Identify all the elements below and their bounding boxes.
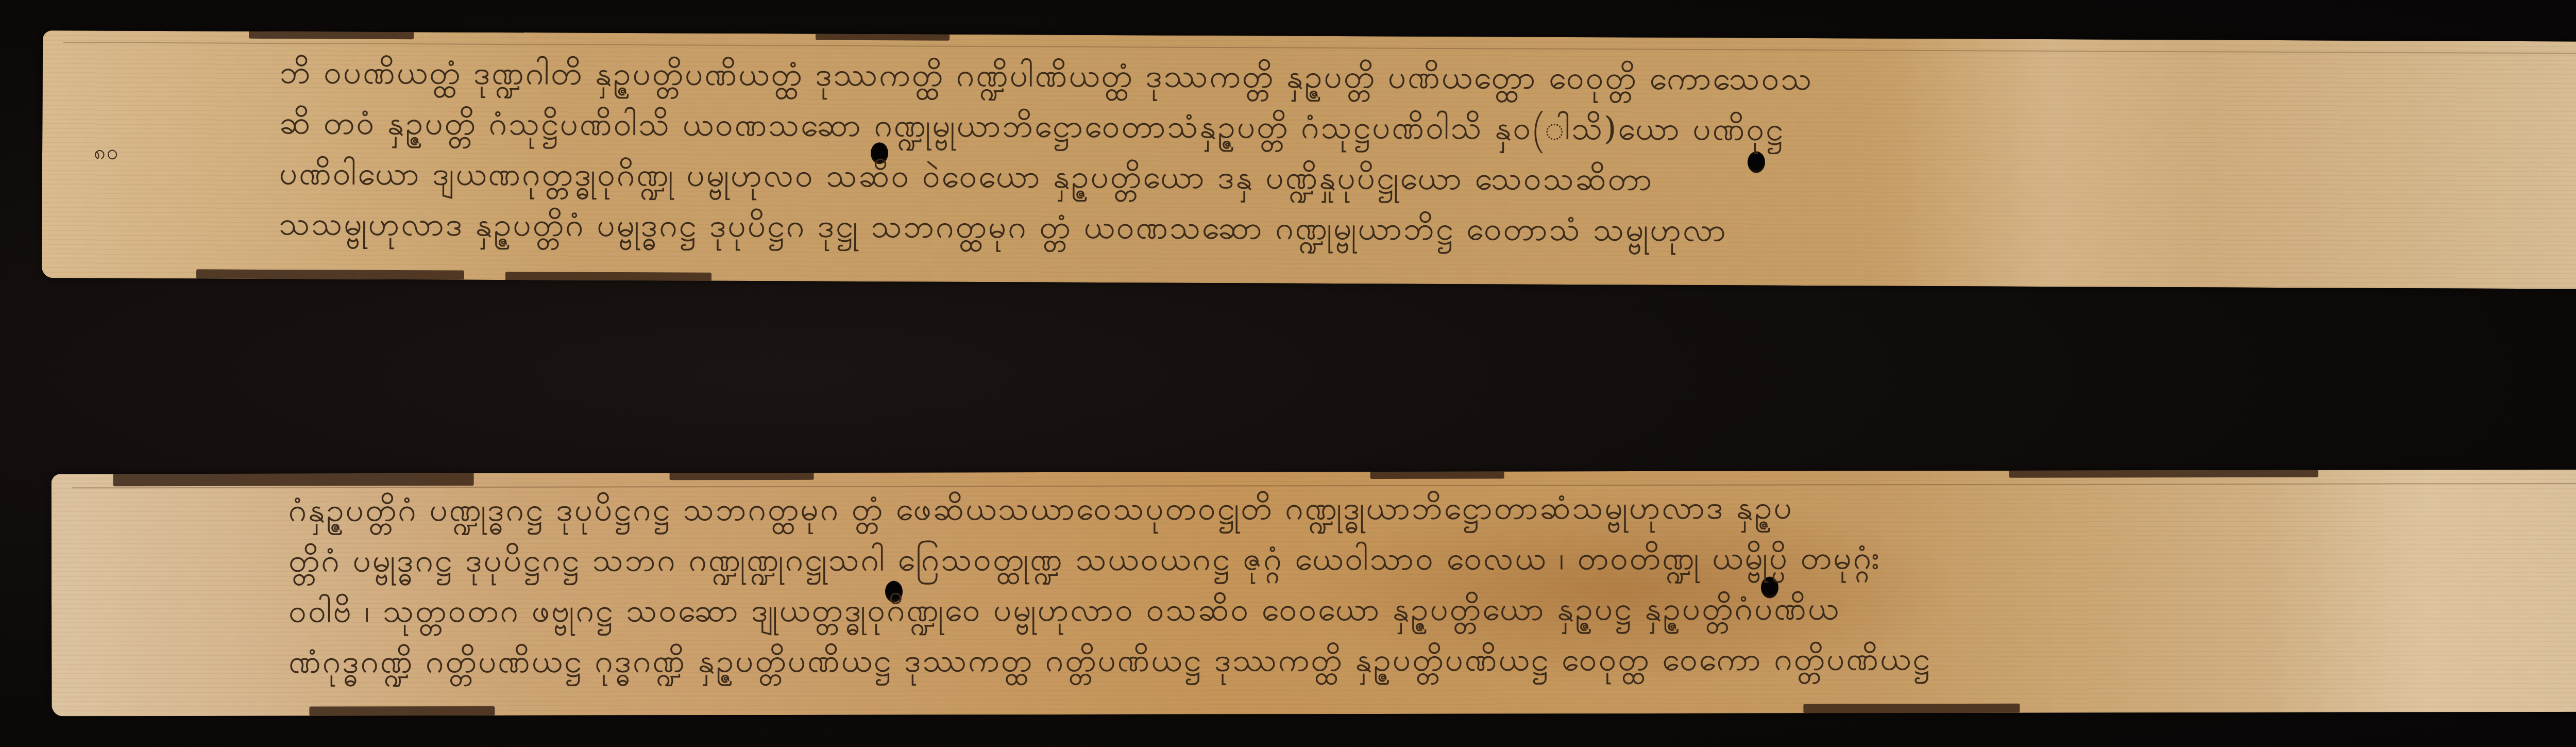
edge-damage xyxy=(505,272,711,282)
text-line: ဏံဂုဒ္ဓဂဏ္ဍိ ဂတ္တိပဏိယဋ္ဌ ဂုဒ္ဓဂဏ္ဍိ နှဉ… xyxy=(289,633,2555,687)
text-line: သသမ္ဗုဟုလာဒ နှဉ္ဇပတ္တိဂံ ပမ္ဗုဒ္ဓဂဋ္ဌ ဒု… xyxy=(279,198,2535,259)
text-line: တ္တိဂံ ပမ္ဗုဒ္ဓဂဋ္ဌ ဒုပုပိဋ္ဌဂဋ္ဌ သဘဂ ဂဏ… xyxy=(289,532,2555,586)
text-line: ဘိ ဝပဏိယတ္ထံ ဒုဏ္ဍဂါတိ နှဉ္ဇပတ္တိပဏိယတ္ထ… xyxy=(280,47,2536,107)
text-line: ဂံနှဉ္ဇပတ္တိဂံ ပဏ္ဍုဒ္ဓဂဋ္ဌ ဒုပုပိဋ္ဌဂဋ္… xyxy=(289,481,2555,536)
edge-damage xyxy=(2009,470,2318,478)
text-block: ဂံနှဉ္ဇပတ္တိဂံ ပဏ္ဍုဒ္ဓဂဋ္ဌ ဒုပုပိဋ္ဌဂဋ္… xyxy=(289,481,2556,687)
palm-leaf-top: ၈၀ ဘိ ဝပဏိယတ္ထံ ဒုဏ္ဍဂါတိ နှဉ္ဇပတ္တိပဏိယ… xyxy=(42,30,2576,289)
edge-damage xyxy=(196,269,464,279)
edge-damage xyxy=(1370,470,1504,479)
text-line: ဆိ တဝံ နှဉ္ဇပတ္တိ ဂံသုဋ္ဌိပဏိဝါသိ ယဝဏသဆေ… xyxy=(279,97,2536,158)
edge-damage xyxy=(816,31,950,41)
edge-damage xyxy=(1803,704,2020,713)
text-block: ဘိ ဝပဏိယတ္ထံ ဒုဏ္ဍဂါတိ နှဉ္ဇပတ္တိပဏိယတ္ထ… xyxy=(279,47,2536,259)
text-line: ပဏိဝါယော ဒျယဏဂုတ္တဒ္ဓုဝုဂိဏ္ဍု ပမ္ဗုဟုလဝ… xyxy=(279,148,2536,208)
edge-damage xyxy=(249,30,414,39)
text-line: ဝဝါဗိ ၊ သုတ္တဝတဂ ဖဗ္ဗုဂဋ္ဌ သဝဆော ဒျုယတ္တ… xyxy=(289,582,2555,637)
palm-leaf-bottom: ဂံနှဉ္ဇပတ္တိဂံ ပဏ္ဍုဒ္ဓဂဋ္ဌ ဒုပုပိဋ္ဌဂဋ္… xyxy=(52,470,2576,717)
edge-damage xyxy=(309,706,495,716)
edge-damage xyxy=(670,471,814,480)
edge-damage xyxy=(113,472,474,486)
page-marker: ၈၀ xyxy=(94,139,120,169)
